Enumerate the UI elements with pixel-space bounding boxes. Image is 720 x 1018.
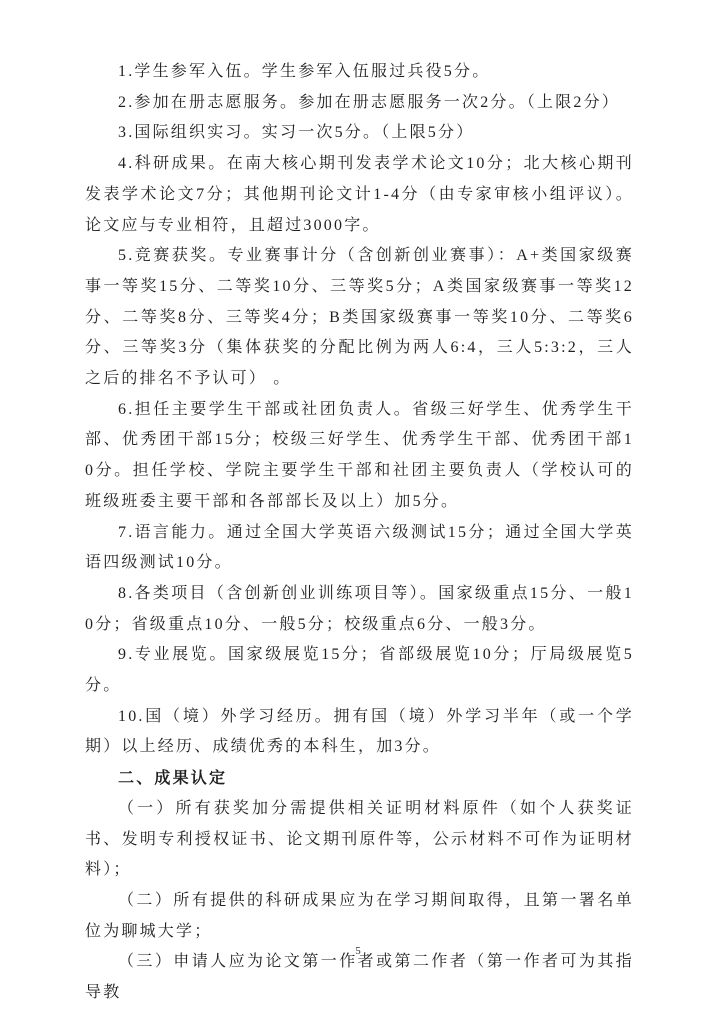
document-body: 1.学生参军入伍。学生参军入伍服过兵役5分。 2.参加在册志愿服务。参加在册志愿… [85,57,634,1009]
item-military-service: 1.学生参军入伍。学生参军入伍服过兵役5分。 [85,57,634,88]
item-research-results: 4.科研成果。在南大核心期刊发表学术论文10分；北大核心期刊发表学术论文7分；其… [85,149,634,241]
item-projects: 8.各类项目（含创新创业训练项目等）。国家级重点15分、一般10分；省级重点10… [85,579,634,640]
item-overseas-study: 10.国（境）外学习经历。拥有国（境）外学习半年（或一个学期）以上经历、成绩优秀… [85,702,634,763]
item-volunteer-service: 2.参加在册志愿服务。参加在册志愿服务一次2分。（上限2分） [85,88,634,119]
document-page: 1.学生参军入伍。学生参军入伍服过兵役5分。 2.参加在册志愿服务。参加在册志愿… [0,0,720,1018]
section-heading: 二、成果认定 [85,763,634,794]
rule-proof-materials: （一）所有获奖加分需提供相关证明材料原件（如个人获奖证书、发明专利授权证书、论文… [85,794,634,886]
rule-research-affiliation: （二）所有提供的科研成果应为在学习期间取得，且第一署名单位为聊城大学； [85,886,634,947]
item-competition-awards: 5.竞赛获奖。专业赛事计分（含创新创业赛事）：A+类国家级赛事一等奖15分、二等… [85,241,634,395]
item-exhibitions: 9.专业展览。国家级展览15分；省部级展览10分；厅局级展览5分。 [85,640,634,701]
item-language-ability: 7.语言能力。通过全国大学英语六级测试15分；通过全国大学英语四级测试10分。 [85,518,634,579]
item-student-leadership: 6.担任主要学生干部或社团负责人。省级三好学生、优秀学生干部、优秀团干部15分；… [85,395,634,518]
item-international-internship: 3.国际组织实习。实习一次5分。（上限5分） [85,118,634,149]
page-number: 5 [0,944,716,958]
